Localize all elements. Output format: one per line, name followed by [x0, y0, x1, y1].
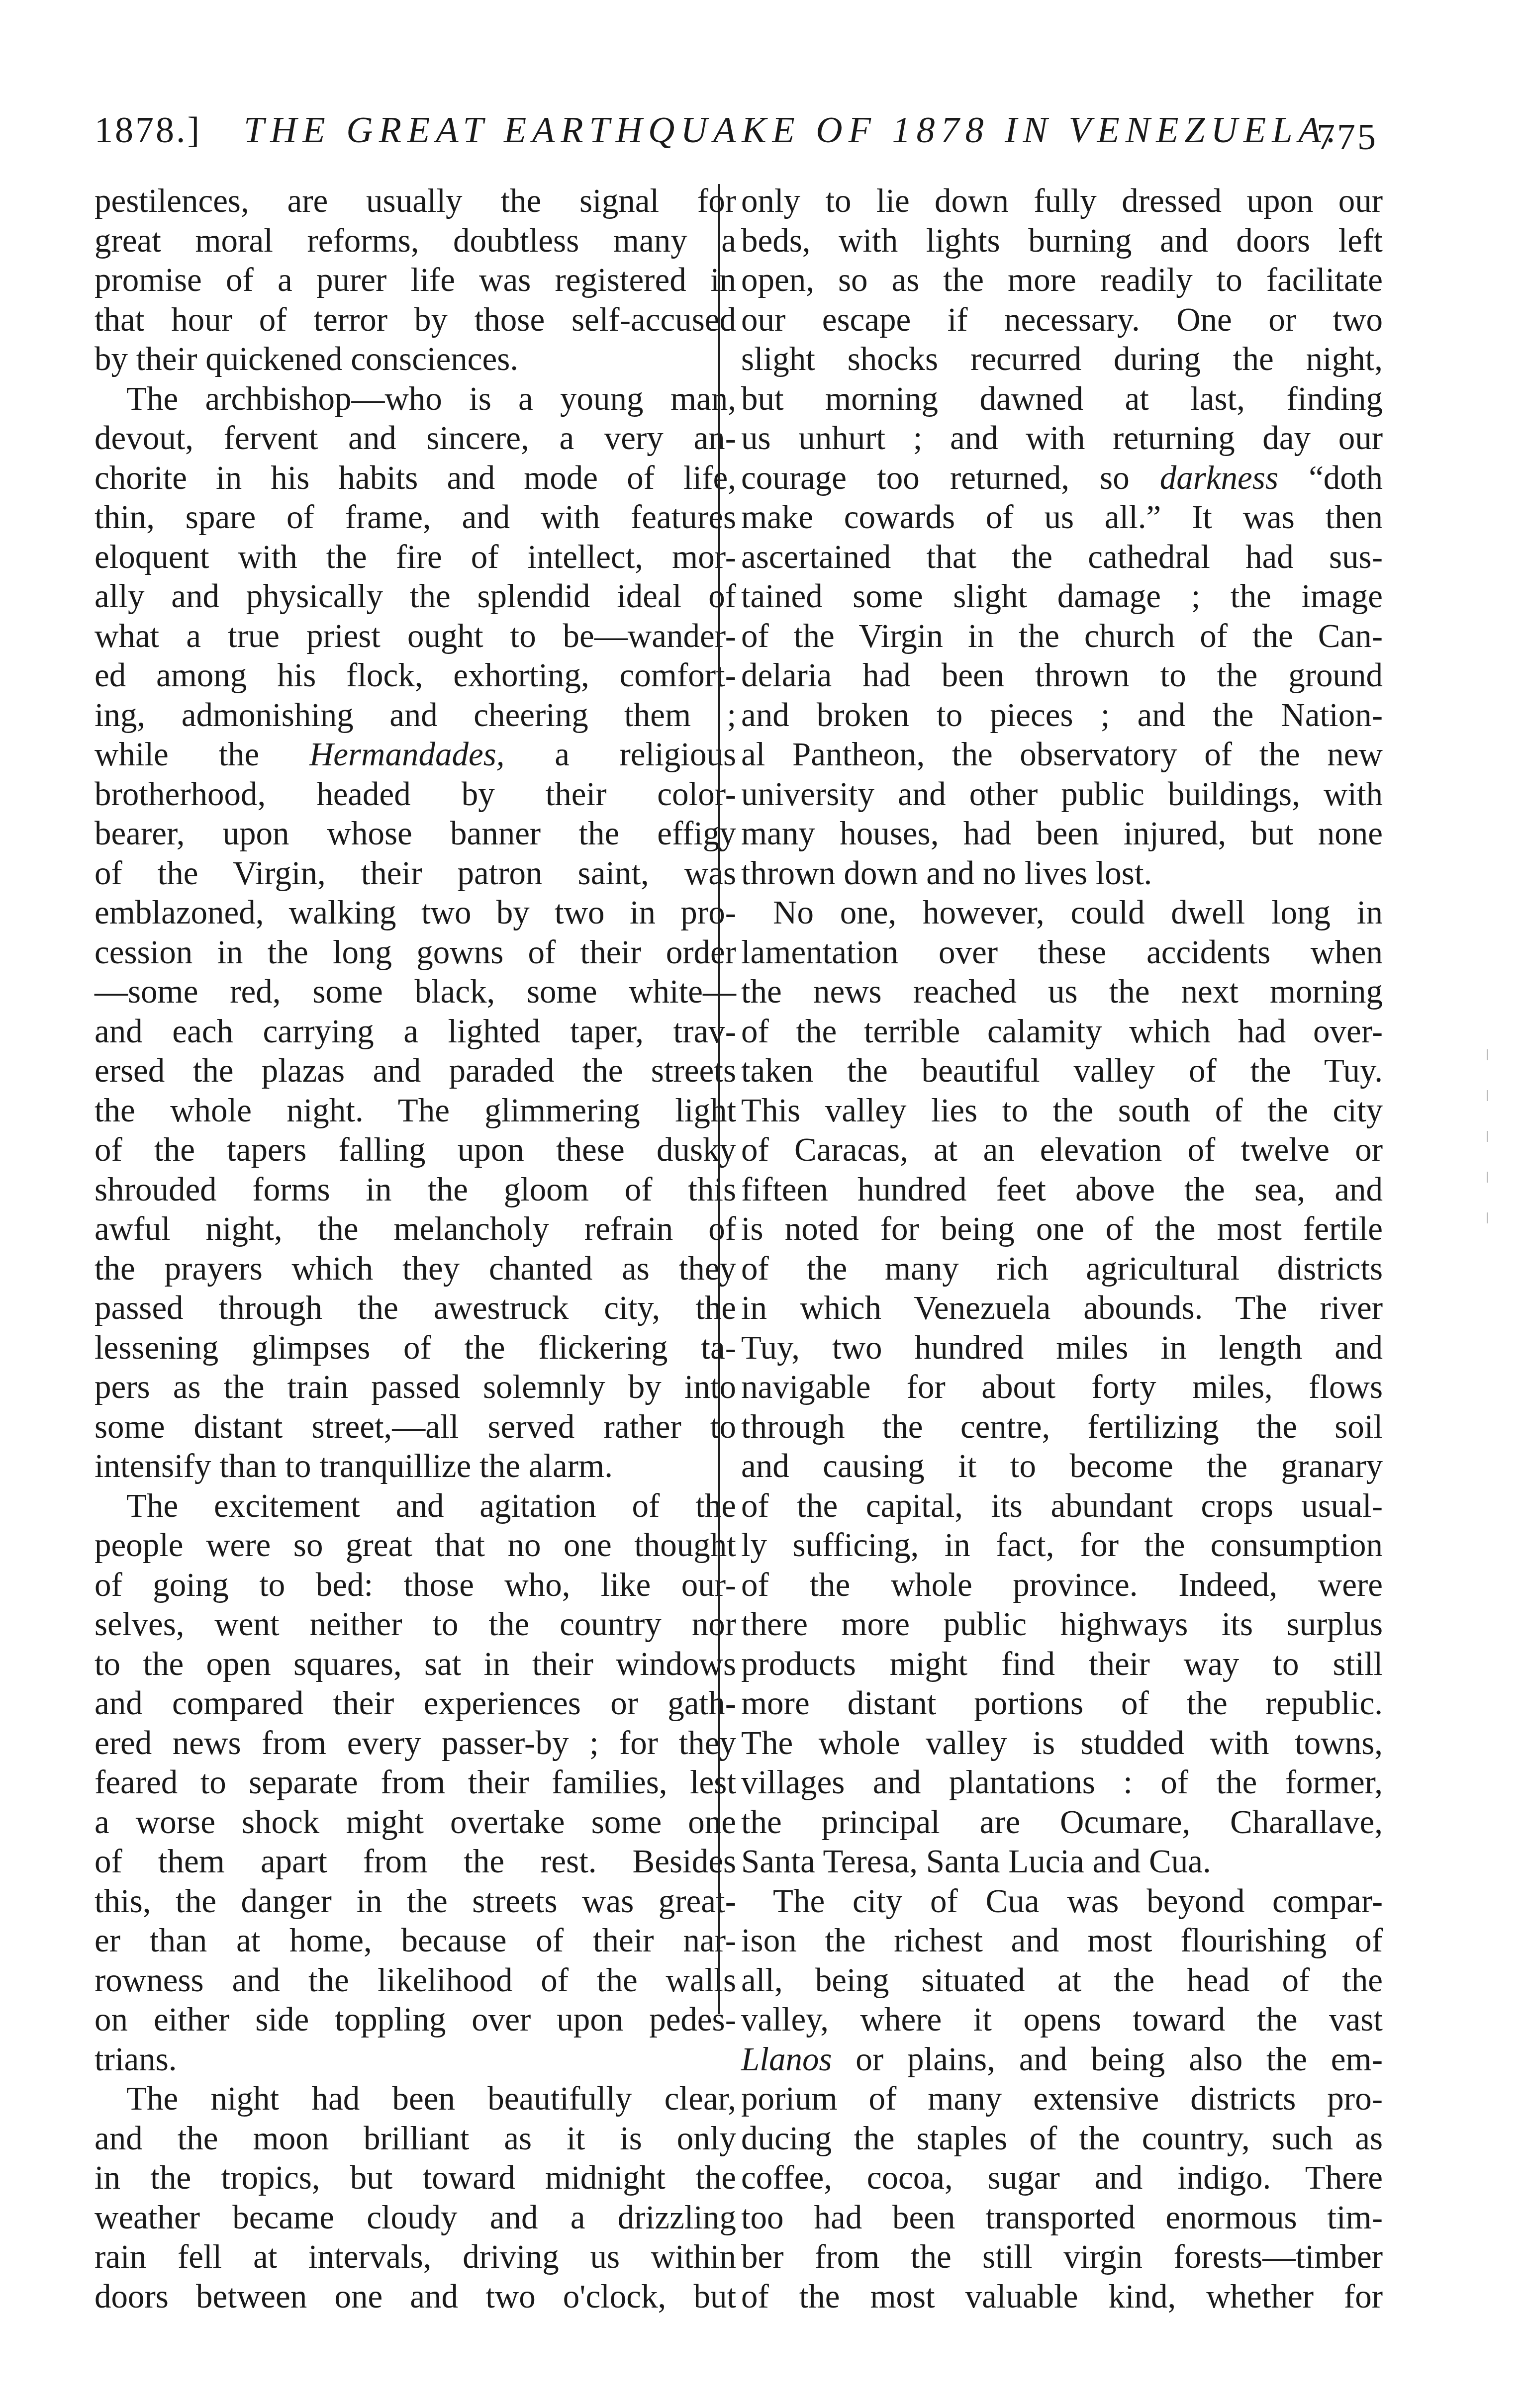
text-line: of the terrible calamity which had over-: [741, 1012, 1383, 1052]
text-line: of the most valuable kind, whether for: [741, 2277, 1383, 2317]
text-line: and the moon brilliant as it is only: [95, 2119, 736, 2159]
text-line: and causing it to become the granary: [741, 1447, 1383, 1486]
right-column: only to lie down fully dressed upon ourb…: [741, 182, 1383, 2316]
text-line: cession in the long gowns of their order: [95, 933, 736, 973]
text-line: of the Virgin in the church of the Can-: [741, 617, 1383, 656]
text-line: rowness and the likelihood of the walls: [95, 1961, 736, 2001]
text-line: and broken to pieces ; and the Nation-: [741, 696, 1383, 736]
text-line: er than at home, because of their nar-: [95, 1921, 736, 1961]
text-line: chorite in his habits and mode of life,: [95, 459, 736, 498]
text-line: devout, fervent and sincere, a very an-: [95, 419, 736, 459]
text-line: pestilences, are usually the signal for: [95, 182, 736, 221]
text-line: feared to separate from their families, …: [95, 1763, 736, 1803]
text-line: The archbishop—who is a young man,: [95, 379, 736, 419]
text-line: by their quickened consciences.: [95, 340, 736, 379]
text-line: ber from the still virgin forests—timber: [741, 2237, 1383, 2277]
text-line: only to lie down fully dressed upon our: [741, 182, 1383, 221]
text-segment: courage too returned, so: [741, 460, 1160, 496]
text-line: many houses, had been injured, but none: [741, 814, 1383, 854]
text-line: Santa Teresa, Santa Lucia and Cua.: [741, 1842, 1383, 1882]
text-line: the whole night. The glimmering light: [95, 1091, 736, 1131]
text-line: but morning dawned at last, finding: [741, 379, 1383, 419]
text-line: Tuy, two hundred miles in length and: [741, 1328, 1383, 1368]
text-line: all, being situated at the head of the: [741, 1961, 1383, 2001]
text-line: bearer, upon whose banner the effigy: [95, 814, 736, 854]
text-line: more distant portions of the republic.: [741, 1684, 1383, 1724]
text-line: the prayers which they chanted as they: [95, 1249, 736, 1289]
text-line: of the tapers falling upon these dusky: [95, 1130, 736, 1170]
text-line: taken the beautiful valley of the Tuy.: [741, 1051, 1383, 1091]
text-line: lamentation over these accidents when: [741, 933, 1383, 973]
text-line: us unhurt ; and with returning day our: [741, 419, 1383, 459]
text-line: that hour of terror by those self-accuse…: [95, 300, 736, 340]
text-line: valley, where it opens toward the vast: [741, 2000, 1383, 2040]
text-line: some distant street,—all served rather t…: [95, 1407, 736, 1447]
text-line: in the tropics, but toward midnight the: [95, 2158, 736, 2198]
text-line: awful night, the melancholy refrain of: [95, 1209, 736, 1249]
text-line: this, the danger in the streets was grea…: [95, 1882, 736, 1922]
text-line: slight shocks recurred during the night,: [741, 340, 1383, 379]
text-line: ed among his flock, exhorting, comfort-: [95, 656, 736, 696]
text-line: make cowards of us all.” It was then: [741, 498, 1383, 538]
text-line: beds, with lights burning and doors left: [741, 221, 1383, 261]
text-line: navigable for about forty miles, flows: [741, 1368, 1383, 1407]
text-line: No one, however, could dwell long in: [741, 893, 1383, 933]
text-segment: a religious: [505, 736, 736, 773]
italic-term: darkness: [1160, 460, 1278, 496]
text-line: Llanos or plains, and being also the em-: [741, 2040, 1383, 2080]
text-line: promise of a purer life was registered i…: [95, 261, 736, 300]
text-line: and each carrying a lighted taper, trav-: [95, 1012, 736, 1052]
text-line: al Pantheon, the observatory of the new: [741, 735, 1383, 775]
text-line: of them apart from the rest. Besides: [95, 1842, 736, 1882]
text-line: ly sufficing, in fact, for the consumpti…: [741, 1526, 1383, 1566]
text-line: ered news from every passer-by ; for the…: [95, 1724, 736, 1763]
text-line: ison the richest and most flourishing of: [741, 1921, 1383, 1961]
text-line: of the many rich agricultural districts: [741, 1249, 1383, 1289]
text-line: lessening glimpses of the flickering ta-: [95, 1328, 736, 1368]
text-line: thrown down and no lives lost.: [741, 854, 1383, 894]
text-line: of the capital, its abundant crops usual…: [741, 1486, 1383, 1526]
text-line: and compared their experiences or gath-: [95, 1684, 736, 1724]
text-line: great moral reforms, doubtless many a: [95, 221, 736, 261]
text-line: courage too returned, so darkness “doth: [741, 459, 1383, 498]
running-head: 1878.] THE GREAT EARTHQUAKE OF 1878 IN V…: [95, 99, 1378, 154]
text-line: pers as the train passed solemnly by int…: [95, 1368, 736, 1407]
text-line: of Caracas, at an elevation of twelve or: [741, 1130, 1383, 1170]
text-line: people were so great that no one thought: [95, 1526, 736, 1566]
text-segment: or plains, and being also the em-: [832, 2041, 1383, 2078]
text-line: of the whole province. Indeed, were: [741, 1566, 1383, 1605]
text-line: doors between one and two o'clock, but: [95, 2277, 736, 2317]
text-line: to the open squares, sat in their window…: [95, 1645, 736, 1684]
text-line: ducing the staples of the country, such …: [741, 2119, 1383, 2159]
text-line: shrouded forms in the gloom of this: [95, 1170, 736, 1210]
text-line: The night had been beautifully clear,: [95, 2079, 736, 2119]
text-line: rain fell at intervals, driving us withi…: [95, 2237, 736, 2277]
text-line: coffee, cocoa, sugar and indigo. There: [741, 2158, 1383, 2198]
text-line: open, so as the more readily to facilita…: [741, 261, 1383, 300]
text-line: university and other public buildings, w…: [741, 775, 1383, 815]
text-line: the news reached us the next morning: [741, 972, 1383, 1012]
text-segment: “doth: [1278, 460, 1383, 496]
text-line: in which Venezuela abounds. The river: [741, 1289, 1383, 1328]
text-line: too had been transported enormous tim-: [741, 2198, 1383, 2238]
column-divider: [718, 184, 720, 2014]
text-line: of going to bed: those who, like our-: [95, 1566, 736, 1605]
text-line: ersed the plazas and paraded the streets: [95, 1051, 736, 1091]
text-line: the principal are Ocumare, Charallave,: [741, 1803, 1383, 1843]
text-line: weather became cloudy and a drizzling: [95, 2198, 736, 2238]
page-number: 775: [1317, 116, 1378, 159]
text-line: what a true priest ought to be—wander-: [95, 617, 736, 656]
text-line: intensify than to tranquillize the alarm…: [95, 1447, 736, 1486]
text-line: —some red, some black, some white—: [95, 972, 736, 1012]
text-line: porium of many extensive districts pro-: [741, 2079, 1383, 2119]
text-line: there more public highways its surplus: [741, 1605, 1383, 1645]
left-column: pestilences, are usually the signal forg…: [95, 182, 736, 2316]
text-line: a worse shock might overtake some one: [95, 1803, 736, 1843]
text-line: The city of Cua was beyond compar-: [741, 1882, 1383, 1922]
text-line: delaria had been thrown to the ground: [741, 656, 1383, 696]
text-line: ascertained that the cathedral had sus-: [741, 538, 1383, 577]
text-line: The excitement and agitation of the: [95, 1486, 736, 1526]
text-line: is noted for being one of the most ferti…: [741, 1209, 1383, 1249]
text-line: villages and plantations : of the former…: [741, 1763, 1383, 1803]
text-line: while the Hermandades, a religious: [95, 735, 736, 775]
text-line: tained some slight damage ; the image: [741, 577, 1383, 617]
text-line: products might find their way to still: [741, 1645, 1383, 1684]
text-line: brotherhood, headed by their color-: [95, 775, 736, 815]
text-line: ally and physically the splendid ideal o…: [95, 577, 736, 617]
text-line: passed through the awestruck city, the: [95, 1289, 736, 1328]
text-line: thin, spare of frame, and with features: [95, 498, 736, 538]
text-line: emblazoned, walking two by two in pro-: [95, 893, 736, 933]
text-segment: while the: [95, 736, 309, 773]
text-line: ing, admonishing and cheering them ;: [95, 696, 736, 736]
text-line: trians.: [95, 2040, 736, 2080]
text-line: eloquent with the fire of intellect, mor…: [95, 538, 736, 577]
text-line: This valley lies to the south of the cit…: [741, 1091, 1383, 1131]
text-line: The whole valley is studded with towns,: [741, 1724, 1383, 1763]
italic-term: Hermandades,: [309, 736, 505, 773]
scan-margin-marks: [1477, 1019, 1497, 1318]
text-line: fifteen hundred feet above the sea, and: [741, 1170, 1383, 1210]
text-line: through the centre, fertilizing the soil: [741, 1407, 1383, 1447]
text-line: on either side toppling over upon pedes-: [95, 2000, 736, 2040]
running-head-year: 1878.]: [95, 109, 201, 152]
running-head-title: THE GREAT EARTHQUAKE OF 1878 IN VENEZUEL…: [244, 109, 1342, 152]
text-line: selves, went neither to the country nor: [95, 1605, 736, 1645]
italic-term: Llanos: [741, 2041, 832, 2078]
text-line: of the Virgin, their patron saint, was: [95, 854, 736, 894]
text-line: our escape if necessary. One or two: [741, 300, 1383, 340]
